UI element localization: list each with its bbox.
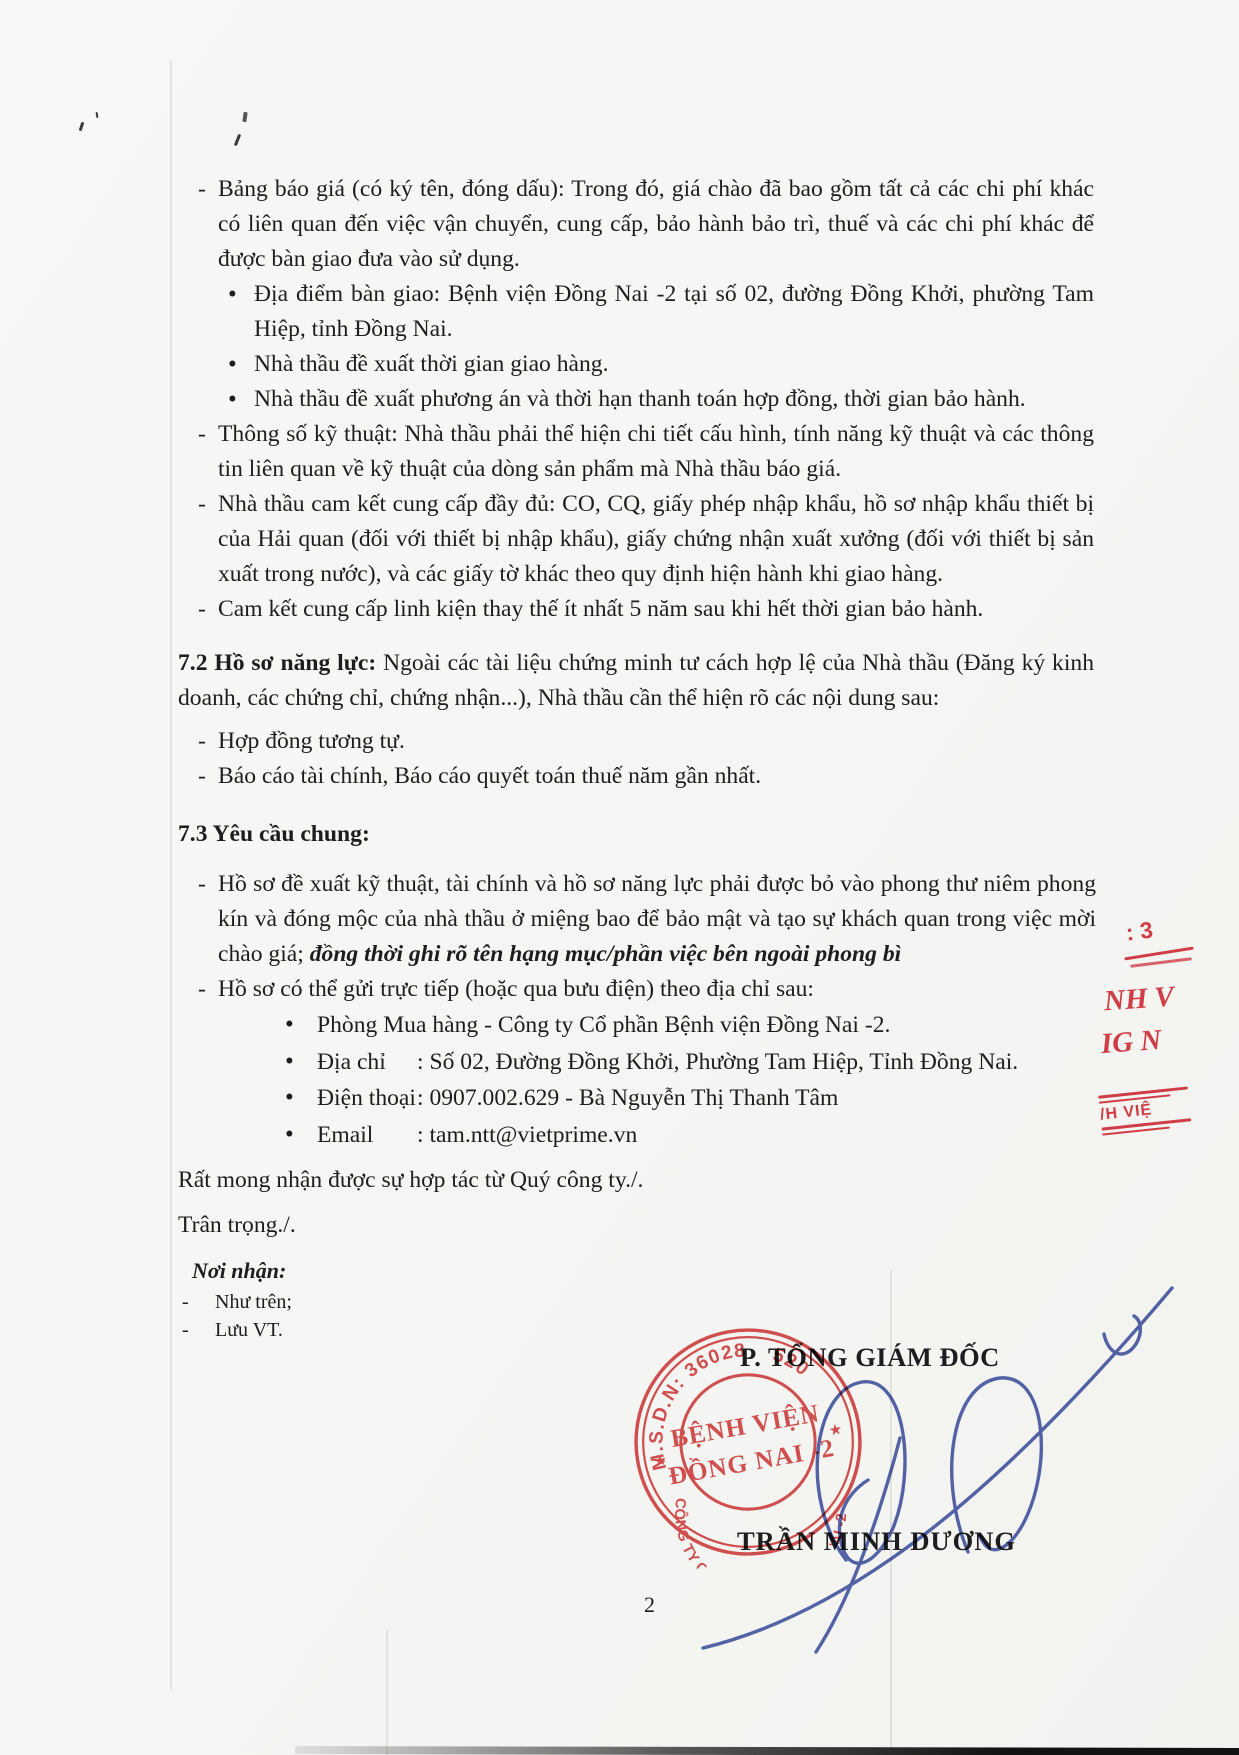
ink-speck [242,112,247,122]
bullet-marker-icon: • [285,1080,294,1117]
contact-row: • Phòng Mua hàng - Công ty Cổ phần Bệnh … [317,1007,1134,1044]
edge-stamp-fragment-banner: /H VIỆ [1098,1083,1192,1138]
contact-label: Địa chỉ [317,1044,417,1081]
bullet-marker-icon: • [285,1117,294,1154]
dash-marker-icon: - [198,417,206,452]
document-page: - Bảng báo giá (có ký tên, đóng dấu): Tr… [0,0,1239,1755]
contact-row-email: • Email: tam.ntt@vietprime.vn [317,1117,1134,1154]
signature-flourish-stroke [1104,1316,1140,1354]
list-item: - Hồ sơ đề xuất kỹ thuật, tài chính và h… [218,867,1096,972]
contact-value: : Số 02, Đường Đồng Khởi, Phường Tam Hiệ… [417,1049,1018,1075]
list-item: • Nhà thầu đề xuất phương án và thời hạn… [254,382,1094,417]
dash-marker-icon: - [198,867,206,902]
requirements-list: - Bảng báo giá (có ký tên, đóng dấu): Tr… [218,172,1094,627]
contact-label: Điện thoại [317,1080,417,1117]
list-item-text: Hợp đồng tương tự. [218,728,405,754]
contact-value: : 0907.002.629 - Bà Nguyễn Thị Thanh Tâm [417,1085,838,1111]
ink-speck [79,122,85,131]
contact-row-address: • Địa chỉ: Số 02, Đường Đồng Khởi, Phườn… [317,1044,1134,1081]
bullet-marker-icon: • [285,1007,294,1044]
list-item-text: Thông số kỹ thuật: Nhà thầu phải thể hiệ… [218,421,1094,482]
signature-scribble [650,1260,1210,1680]
contact-label: Email [317,1117,417,1154]
list-item: - Báo cáo tài chính, Báo cáo quyết toán … [218,759,1094,794]
dash-marker-icon: - [198,592,206,627]
edge-stamp-fragment: NH V [1103,981,1175,1019]
scan-fold-line [170,60,172,1690]
bullet-marker-icon: • [228,382,237,417]
general-requirements-list: - Hồ sơ đề xuất kỹ thuật, tài chính và h… [218,867,1096,1153]
edge-stamp-fragment: IG N [1100,1024,1163,1061]
section-7-3-heading: 7.3 Yêu cầu chung: [178,817,1094,852]
contact-list: • Phòng Mua hàng - Công ty Cổ phần Bệnh … [317,1007,1134,1153]
list-item: • Nhà thầu đề xuất thời gian giao hàng. [254,347,1094,382]
signature-tail-stroke [816,1438,900,1652]
contact-text: Phòng Mua hàng - Công ty Cổ phần Bệnh vi… [317,1012,890,1038]
dash-marker-icon: - [180,1316,203,1344]
list-item-text: Bảng báo giá (có ký tên, đóng dấu): Tron… [218,176,1094,272]
dash-marker-icon: - [198,724,206,759]
edge-stamp-line [1130,957,1192,967]
dash-marker-icon: - [198,759,206,794]
list-item: - Cam kết cung cấp linh kiện thay thế ít… [218,592,1094,627]
contact-value: : tam.ntt@vietprime.vn [417,1122,637,1148]
dash-marker-icon: - [198,487,206,522]
capability-list: - Hợp đồng tương tự. - Báo cáo tài chính… [218,724,1094,794]
list-item-text: Cam kết cung cấp linh kiện thay thế ít n… [218,596,983,622]
ink-speck [234,134,241,146]
signature-sweep-stroke [703,1288,1172,1648]
bullet-marker-icon: • [285,1044,294,1081]
list-item-text: Nhà thầu đề xuất phương án và thời hạn t… [254,386,1026,412]
list-item-text: Báo cáo tài chính, Báo cáo quyết toán th… [218,763,761,789]
content-column: - Bảng báo giá (có ký tên, đóng dấu): Tr… [178,172,1094,1344]
list-item-text: Nhà thầu đề xuất thời gian giao hàng. [254,351,609,377]
section-7-2-paragraph: 7.2 Hồ sơ năng lực: Ngoài các tài liệu c… [178,646,1094,716]
bullet-marker-icon: • [228,277,237,312]
regards-line: Trân trọng./. [178,1208,1094,1243]
list-item: - Thông số kỹ thuật: Nhà thầu phải thể h… [218,417,1094,487]
list-item: • Địa điểm bàn giao: Bệnh viện Đồng Nai … [254,277,1094,347]
bullet-marker-icon: • [228,347,237,382]
dash-marker-icon: - [198,172,206,207]
recipient-text: Lưu VT. [215,1319,283,1341]
closing-line: Rất mong nhận được sự hợp tác từ Quý côn… [178,1163,1094,1198]
list-item: - Nhà thầu cam kết cung cấp đầy đủ: CO, … [218,487,1094,592]
list-item-emphasis: đồng thời ghi rõ tên hạng mục/phần việc … [310,941,901,967]
edge-stamp-fragment: : 3 [1124,916,1154,946]
list-item-text: Nhà thầu cam kết cung cấp đầy đủ: CO, CQ… [218,491,1094,587]
list-item-text: Hồ sơ có thể gửi trực tiếp (hoặc qua bưu… [218,976,814,1002]
dash-marker-icon: - [180,1288,203,1316]
section-7-2-heading: 7.2 Hồ sơ năng lực: [178,650,376,676]
list-item-text: Địa điểm bàn giao: Bệnh viện Đồng Nai -2… [254,281,1094,342]
scan-edge-shadow [295,1746,1239,1755]
recipient-text: Như trên; [215,1291,292,1313]
signature-loop-stroke [952,1378,1042,1552]
contact-row-phone: • Điện thoại: 0907.002.629 - Bà Nguyễn T… [317,1080,1134,1117]
list-item: - Hồ sơ có thể gửi trực tiếp (hoặc qua b… [218,972,1096,1007]
list-item: - Bảng báo giá (có ký tên, đóng dấu): Tr… [218,172,1094,277]
list-item: - Hợp đồng tương tự. [218,724,1094,759]
ink-speck [95,112,98,118]
scan-fold-line [386,1630,388,1755]
dash-marker-icon: - [198,972,206,1007]
